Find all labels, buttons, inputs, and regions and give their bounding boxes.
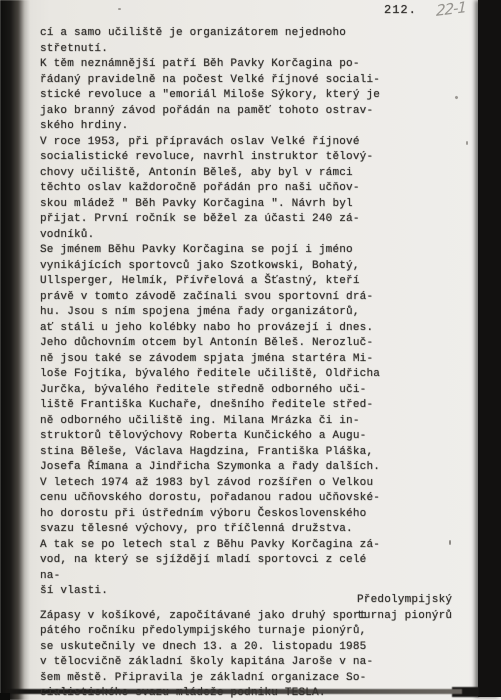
handwritten-archive-mark: 22-1 <box>436 0 466 20</box>
body-paragraph: cí a samo učiliště je organizátorem neje… <box>40 26 392 57</box>
scanned-page: 212. 22-1 cí a samo učiliště je organizá… <box>0 0 501 700</box>
scan-edge-left <box>0 0 30 700</box>
scan-speck <box>466 141 468 145</box>
scan-speck <box>454 95 458 99</box>
scan-corner-bottom-left <box>0 693 10 700</box>
scan-edge-right <box>478 0 501 697</box>
scan-speck <box>449 540 451 545</box>
document-body: cí a samo učiliště je organizátorem neje… <box>40 26 392 700</box>
body-paragraph: Se jménem Běhu Pavky Korčagina se pojí i… <box>40 243 392 600</box>
margin-note: Předolympijský turnaj pionýrů <box>357 593 477 624</box>
scan-speck <box>118 8 121 10</box>
body-paragraph: K těm neznámnější patří Běh Pavky Korčag… <box>40 57 392 135</box>
page-number: 212. <box>384 3 417 19</box>
body-paragraph: Zápasy v košíkové, započítávané jako dru… <box>40 609 392 700</box>
body-paragraph: V roce 1953, při přípravách oslav Velké … <box>40 135 392 244</box>
